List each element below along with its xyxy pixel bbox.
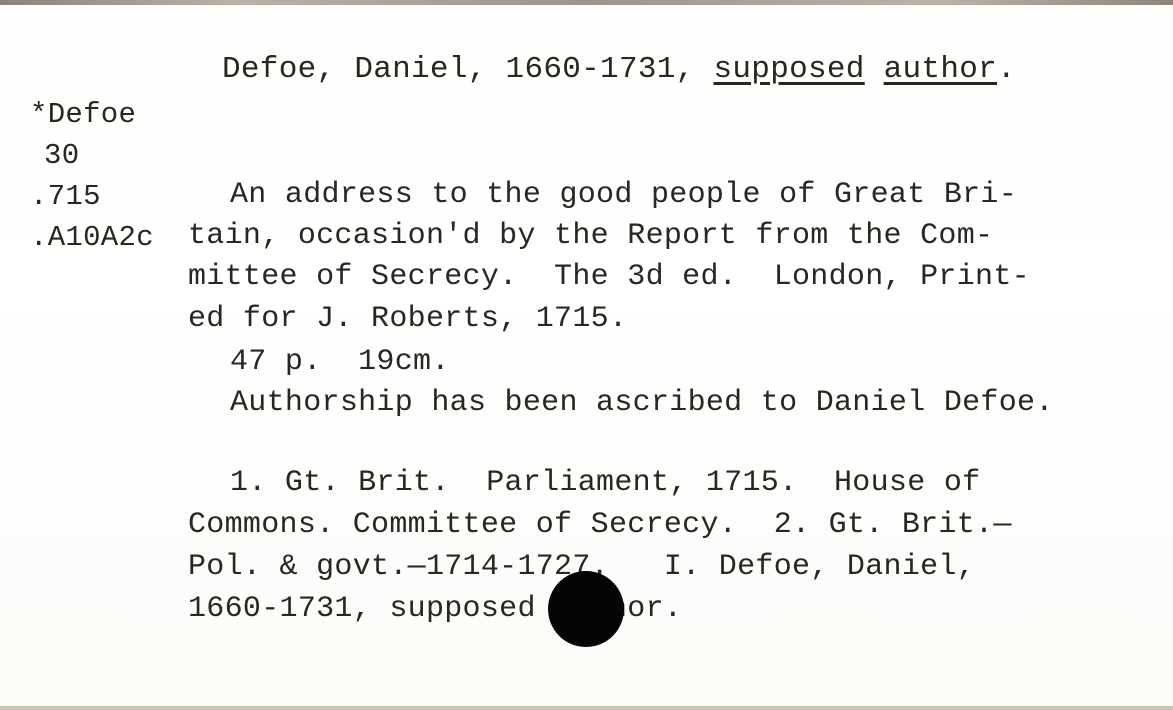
title-line-4: ed for J. Roberts, 1715. <box>188 302 627 336</box>
punch-hole <box>548 571 624 647</box>
title-line-3: mittee of Secrecy. The 3d ed. London, Pr… <box>188 260 1030 294</box>
call-number-line-3: .715 <box>30 180 101 214</box>
catalog-card: Defoe, Daniel, 1660-1731, supposed autho… <box>0 0 1173 710</box>
card-top-edge <box>0 0 1173 5</box>
call-number-line-4: .A10A2c <box>30 221 154 255</box>
tracing-line-2: Commons. Committee of Secrecy. 2. Gt. Br… <box>188 508 1012 542</box>
heading-space <box>865 52 884 87</box>
heading-underlined-author: author <box>884 52 997 87</box>
tracing-line-1: 1. Gt. Brit. Parliament, 1715. House of <box>230 466 980 500</box>
authorship-note: Authorship has been ascribed to Daniel D… <box>230 386 1054 420</box>
heading-period: . <box>997 52 1016 87</box>
card-bottom-edge <box>0 706 1173 710</box>
heading-underlined-supposed: supposed <box>713 52 864 87</box>
main-entry-heading: Defoe, Daniel, 1660-1731, supposed autho… <box>222 53 1016 87</box>
call-number-line-1: *Defoe <box>30 98 136 132</box>
title-line-1: An address to the good people of Great B… <box>230 178 1017 212</box>
collation: 47 p. 19cm. <box>230 345 450 379</box>
heading-name: Defoe, Daniel, 1660-1731, <box>222 52 713 87</box>
call-number-line-2: 30 <box>44 139 79 173</box>
title-line-2: tain, occasion'd by the Report from the … <box>188 219 993 253</box>
